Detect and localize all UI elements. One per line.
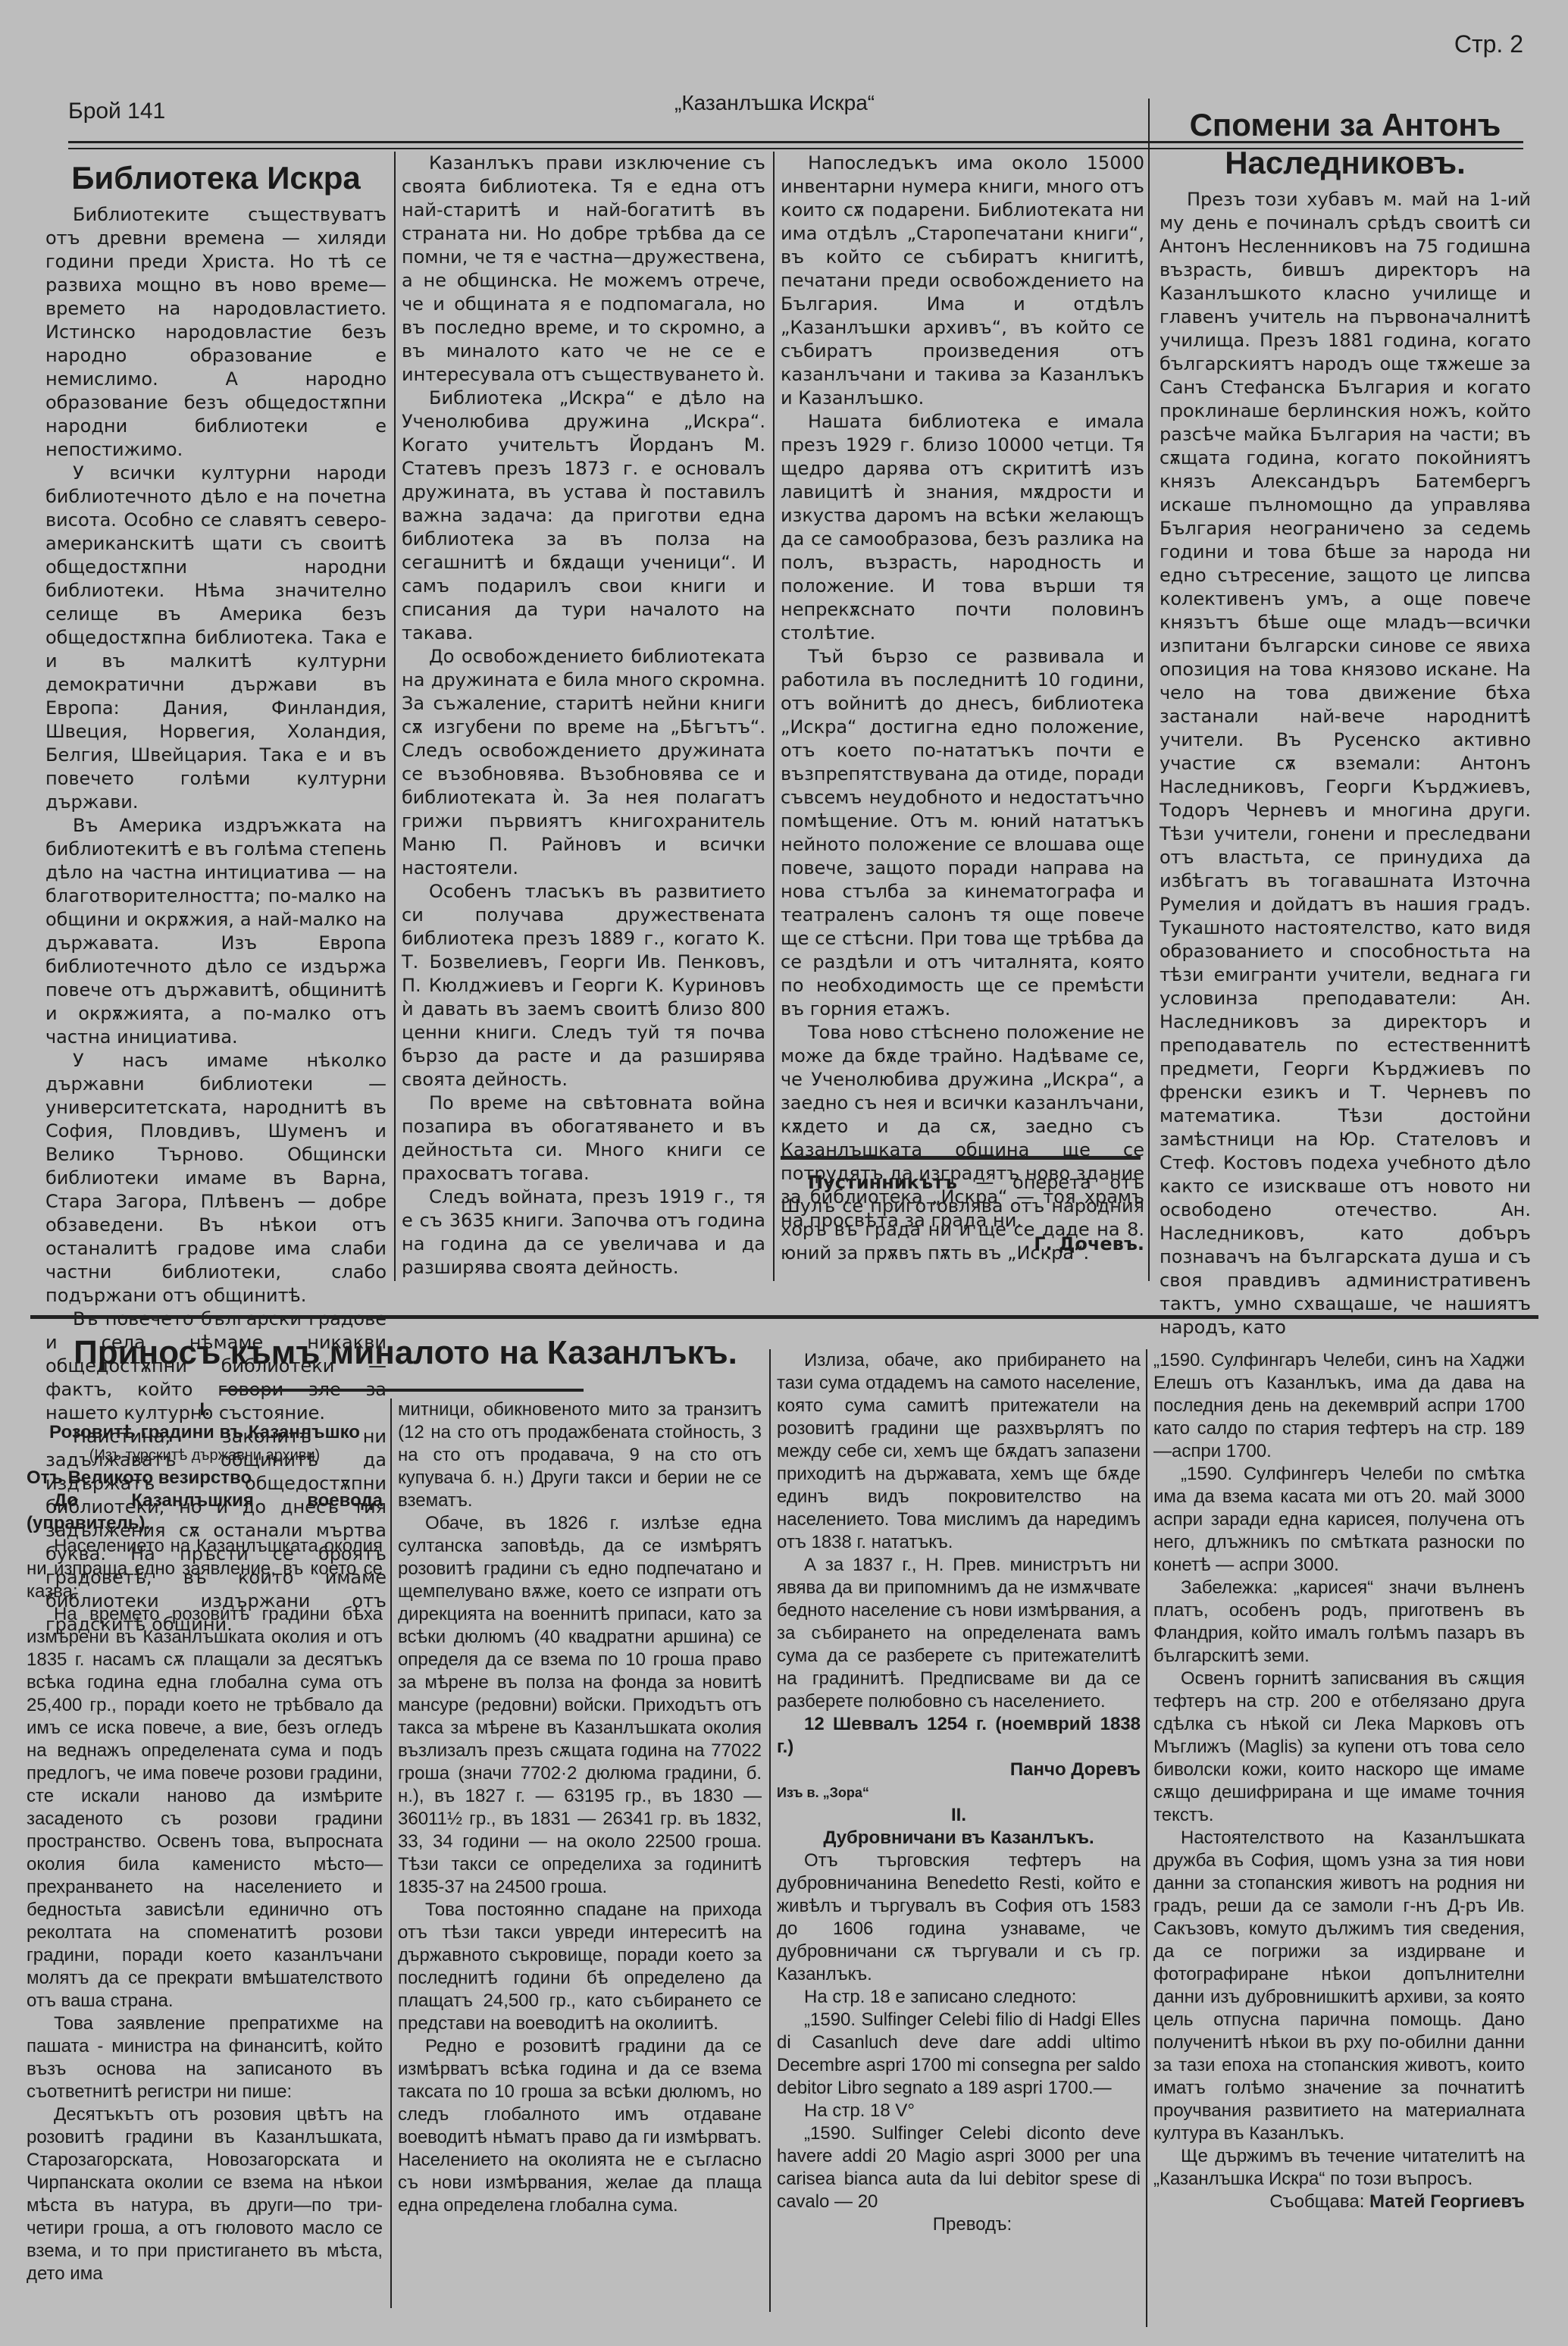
part1-subtitle: Розовитѣ градини въ Казанлъшко — [27, 1421, 383, 1444]
part1-paragraph: Това заявление препратихме на пашата - м… — [27, 2012, 383, 2103]
library-paragraph: Особенъ тласъкъ въ развитието си получав… — [402, 880, 765, 1092]
kazanlak-column-1: I. Розовитѣ градини въ Казанлъшко (Изъ т… — [27, 1399, 383, 2285]
opera-notice: Пустинникътъ — оперета отъ Шулъ се приго… — [781, 1171, 1144, 1265]
part1-numeral: I. — [27, 1399, 383, 1421]
library-paragraph: Казанлъкъ прави изключение съ своята биб… — [402, 152, 765, 387]
library-column-2: Казанлъкъ прави изключение съ своята биб… — [402, 152, 765, 1279]
part2-paragraph: Ще държимъ въ течение читателитѣ на „Каз… — [1153, 2145, 1525, 2191]
library-paragraph: У насъ имаме нѣколко държавни библиотеки… — [45, 1049, 387, 1308]
library-paragraph: По време на свѣтовната война позапира въ… — [402, 1092, 765, 1186]
part2-paragraph: „1590. Sulfinger Celebi filio di Hadgi E… — [777, 2009, 1141, 2100]
part1-to: До Казанлъшкия воевода (управитель). — [27, 1489, 383, 1535]
page-section-divider — [30, 1315, 1538, 1319]
kazanlak-column-3: Излиза, обаче, ако прибирането на тази с… — [777, 1349, 1141, 2236]
part1-signature: Панчо Доревъ — [777, 1759, 1141, 1781]
part1-paragraph: Излиза, обаче, ако прибирането на тази с… — [777, 1349, 1141, 1554]
part2-numeral: II. — [777, 1804, 1141, 1827]
part1-paragraph: На времето розовитѣ градини бѣха измѣрен… — [27, 1603, 383, 2012]
library-headline: Библиотека Искра — [45, 159, 387, 197]
part2-paragraph: Преводъ: — [777, 2213, 1141, 2236]
part1-paragraph: Десятъкътъ отъ розовия цвѣтъ на розовитѣ… — [27, 2103, 383, 2285]
library-paragraph: Напоследъкъ има около 15000 инвентарни н… — [781, 152, 1144, 410]
library-paragraph: Тъй бързо се развивала и работила въ пос… — [781, 645, 1144, 1021]
library-paragraph: До освобождението библиотеката на дружин… — [402, 645, 765, 880]
newspaper-page: Брой 141 „Казанлъшка Искра“ Стр. 2 Библи… — [0, 0, 1568, 2346]
part2-paragraph: Настоятелството на Казанлъшката дружба в… — [1153, 1827, 1525, 2145]
part2-paragraph: „1590. Сулфингаръ Челеби, синъ на Хаджи … — [1153, 1349, 1525, 1463]
column-divider — [769, 1349, 771, 2312]
column-divider — [390, 1399, 392, 2308]
issue-number: Брой 141 — [68, 99, 165, 124]
part2-signature-line: Съобщава: Матей Георгиевъ — [1153, 2191, 1525, 2213]
part2-subtitle: Дубровничани въ Казанлъкъ. — [777, 1827, 1141, 1850]
part2-signature: Матей Георгиевъ — [1369, 2191, 1525, 2212]
nasledennikov-column: Спомени за Антонъ Наследниковъ. Презъ то… — [1160, 106, 1531, 1339]
part2-paragraph: Освенъ горнитѣ записвания въ сѫщия тефте… — [1153, 1668, 1525, 1827]
column-divider — [394, 152, 396, 1281]
kazanlak-column-4: „1590. Сулфингаръ Челеби, синъ на Хаджи … — [1153, 1349, 1525, 2213]
opera-title: Пустинникътъ — [808, 1172, 957, 1193]
part1-paragraph: митници, обикновеното мито за транзитъ (… — [398, 1399, 762, 1512]
part1-date: 12 Шеввалъ 1254 г. (ноемврий 1838 г.) — [777, 1713, 1141, 1759]
kazanlak-column-2: митници, обикновеното мито за транзитъ (… — [398, 1399, 762, 2217]
part2-paragraph: На стр. 18 е записано следното: — [777, 1986, 1141, 2009]
library-column-3: Напоследъкъ има около 15000 инвентарни н… — [781, 152, 1144, 1256]
part1-source: (Изъ турскитѣ държавни архиви) — [27, 1444, 383, 1467]
library-paragraph: Нашата библиотека е имала презъ 1929 г. … — [781, 410, 1144, 645]
part1-from: Отъ Великото везирство — [27, 1467, 383, 1489]
column-divider — [1148, 99, 1150, 1281]
part1-paragraph: Това постоянно спадане на прихода отъ тѣ… — [398, 1899, 762, 2035]
part1-paragraph: Населението на Казанлъшката околия ни из… — [27, 1535, 383, 1603]
part1-paragraph: А за 1837 г., Н. Прев. министрътъ ни явя… — [777, 1554, 1141, 1713]
library-paragraph: Следъ войната, презъ 1919 г., тя е съ 36… — [402, 1186, 765, 1279]
part1-paragraph: Обаче, въ 1826 г. излѣзе една султанска … — [398, 1512, 762, 1899]
part1-source-note: Изъ в. „Зора“ — [777, 1781, 1141, 1804]
library-paragraph: У всички културни народи библиотечното д… — [45, 462, 387, 814]
part2-paragraph: „1590. Сулфингеръ Челеби по смѣтка има д… — [1153, 1463, 1525, 1577]
part2-paragraph: Забележка: „карисея“ значи вълненъ платъ… — [1153, 1577, 1525, 1668]
library-paragraph: Библиотека „Искра“ е дѣло на Ученолюбива… — [402, 387, 765, 645]
section-divider — [781, 1156, 1141, 1160]
column-divider — [773, 152, 775, 1281]
column-divider — [1146, 1349, 1147, 2327]
library-paragraph: Въ Америка издръжката на библиотекитѣ е … — [45, 814, 387, 1049]
kazanlak-headline: Приносъ къмъ миналото на Казанлъкъ. — [45, 1334, 765, 1372]
paper-name: „Казанлъшка Искра“ — [674, 91, 875, 115]
nasledennikov-paragraph: Презъ този хубавъ м. май на 1-ий му день… — [1160, 188, 1531, 1339]
part1-paragraph: Редно е розовитѣ градини да се измѣрватъ… — [398, 2035, 762, 2217]
library-paragraph: Библиотеките съществуватъ отъ древни вре… — [45, 203, 387, 462]
page-number: Стр. 2 — [1454, 30, 1523, 58]
nasledennikov-headline: Спомени за Антонъ Наследниковъ. — [1160, 106, 1531, 182]
ornament-rule — [220, 1389, 584, 1392]
part2-paragraph: Отъ търговския тефтеръ на дубровничанина… — [777, 1850, 1141, 1986]
part2-paragraph: „1590. Sulfinger Celebi diconto deve hav… — [777, 2122, 1141, 2213]
part2-paragraph: На стр. 18 V° — [777, 2100, 1141, 2122]
signature-label: Съобщава: — [1269, 2191, 1364, 2212]
